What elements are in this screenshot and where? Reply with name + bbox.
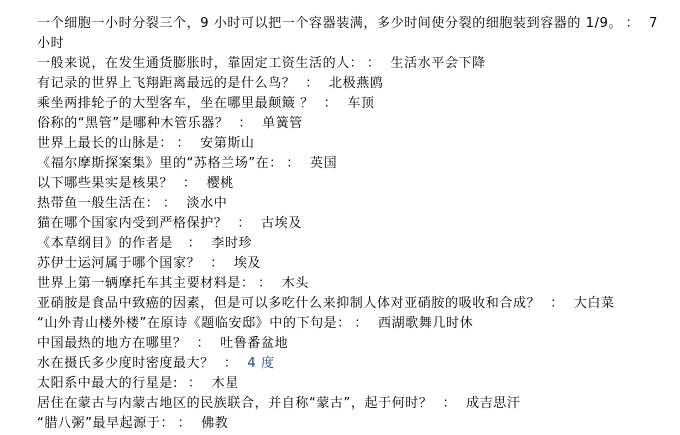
- answer-text: 生活水平会下降: [391, 56, 486, 71]
- separator: ：: [197, 336, 211, 351]
- question-text: 太阳系中最大的行星是:: [37, 376, 178, 391]
- quiz-line: “腊八粥”最早起源于：：佛教: [37, 414, 672, 434]
- separator: ：: [224, 356, 238, 371]
- question-text: 苏伊士运河属于哪个国家？: [37, 256, 200, 271]
- question-text: “腊八粥”最早起源于：: [37, 416, 168, 431]
- separator: ：: [163, 196, 177, 211]
- answer-text: 成吉思汗: [466, 396, 520, 411]
- answer-text: 西湖歌舞几时休: [378, 316, 473, 331]
- quiz-line: “山外青山楼外楼”在原诗《题临安邸》中的下句是：：西湖歌舞几时休: [37, 314, 672, 334]
- answer-text: 木星: [212, 376, 239, 391]
- separator: ：: [177, 136, 191, 151]
- question-text: 一个细胞一小时分裂三个，9 小时可以把一个容器装满，多少时间使分裂的细胞装到容器…: [37, 16, 616, 31]
- quiz-line: 世界上最长的山脉是：：安第斯山: [37, 134, 672, 154]
- quiz-line: 一般来说，在发生通货膨胀时，靠固定工资生活的人：：生活水平会下降: [37, 54, 672, 74]
- answer-text: 北极燕鸥: [329, 76, 383, 91]
- question-text: 热带鱼一般生活在：: [37, 196, 153, 211]
- answer-text: 古埃及: [261, 216, 302, 231]
- separator: ：: [238, 116, 252, 131]
- answer-text: 淡水中: [187, 196, 228, 211]
- question-text: 以下哪些果实是核果？: [37, 176, 173, 191]
- quiz-line: 世界上第一辆摩托车其主要材料是：：木头: [37, 274, 672, 294]
- separator: ：: [626, 16, 640, 31]
- quiz-line: 猫在哪个国家内受到严格保护？：古埃及: [37, 214, 672, 234]
- quiz-line: 水在摄氏多少度时密度最大？：4 度: [37, 354, 672, 374]
- separator: ：: [188, 236, 202, 251]
- question-text: 世界上最长的山脉是：: [37, 136, 167, 151]
- quiz-line: 苏伊士运河属于哪个国家？：埃及: [37, 254, 672, 274]
- answer-text: 安第斯山: [200, 136, 254, 151]
- answer-text: 李时珍: [211, 236, 252, 251]
- separator: ：: [305, 76, 319, 91]
- answer-text: 车顶: [347, 96, 374, 111]
- quiz-line: 亚硝胺是食品中致癌的因素，但是可以多吃什么来抑制人体对亚硝胺的吸收和合成？：大白…: [37, 294, 672, 314]
- question-text: 水在摄氏多少度时密度最大？: [37, 356, 214, 371]
- quiz-document: 一个细胞一小时分裂三个，9 小时可以把一个容器装满，多少时间使分裂的细胞装到容器…: [37, 14, 672, 434]
- separator: ：: [188, 376, 202, 391]
- answer-text: 埃及: [234, 256, 261, 271]
- separator: ：: [367, 56, 381, 71]
- separator: ：: [442, 396, 456, 411]
- separator: ：: [237, 216, 251, 231]
- quiz-line: 《本草纲目》的作者是 ：李时珍: [37, 234, 672, 254]
- question-text: 猫在哪个国家内受到严格保护？: [37, 216, 227, 231]
- quiz-line: 居住在蒙古与内蒙古地区的民族联合，并自称“蒙古”，起于何时？：成吉思汗: [37, 394, 672, 414]
- answer-text: 4 度: [247, 356, 274, 371]
- separator: ：: [286, 156, 300, 171]
- question-text: 乘坐两排轮子的大型客车，坐在哪里最颠簸 ？: [37, 96, 314, 111]
- separator: ：: [258, 276, 272, 291]
- question-text: 一般来说，在发生通货膨胀时，靠固定工资生活的人：: [37, 56, 357, 71]
- quiz-line: 以下哪些果实是核果？：樱桃: [37, 174, 672, 194]
- separator: ：: [354, 316, 368, 331]
- separator: ：: [210, 256, 224, 271]
- quiz-line: 中国最热的地方在哪里？：吐鲁番盆地: [37, 334, 672, 354]
- question-text: 《福尔摩斯探案集》里的“苏格兰场”在：: [37, 156, 276, 171]
- quiz-line: 乘坐两排轮子的大型客车，坐在哪里最颠簸 ？：车顶: [37, 94, 672, 114]
- quiz-line: 热带鱼一般生活在：：淡水中: [37, 194, 672, 214]
- quiz-line: 太阳系中最大的行星是:：木星: [37, 374, 672, 394]
- answer-text: 英国: [310, 156, 337, 171]
- question-text: “山外青山楼外楼”在原诗《题临安邸》中的下句是：: [37, 316, 344, 331]
- separator: ：: [550, 296, 564, 311]
- question-text: 《本草纲目》的作者是: [37, 236, 178, 251]
- answer-text: 佛教: [201, 416, 228, 431]
- answer-text: 木头: [282, 276, 309, 291]
- question-text: 亚硝胺是食品中致癌的因素，但是可以多吃什么来抑制人体对亚硝胺的吸收和合成？: [37, 296, 540, 311]
- quiz-line: 一个细胞一小时分裂三个，9 小时可以把一个容器装满，多少时间使分裂的细胞装到容器…: [37, 14, 667, 54]
- question-text: 有记录的世界上飞翔距离最远的是什么鸟？: [37, 76, 295, 91]
- quiz-line: 《福尔摩斯探案集》里的“苏格兰场”在：：英国: [37, 154, 672, 174]
- question-text: 俗称的“黑管”是哪种木管乐器？: [37, 116, 228, 131]
- question-text: 世界上第一辆摩托车其主要材料是：: [37, 276, 248, 291]
- separator: ：: [324, 96, 338, 111]
- answer-text: 大白菜: [574, 296, 615, 311]
- answer-text: 吐鲁番盆地: [220, 336, 288, 351]
- quiz-line: 俗称的“黑管”是哪种木管乐器？：单簧管: [37, 114, 672, 134]
- question-text: 中国最热的地方在哪里？: [37, 336, 187, 351]
- separator: ：: [183, 176, 197, 191]
- separator: ：: [178, 416, 192, 431]
- quiz-line: 有记录的世界上飞翔距离最远的是什么鸟？：北极燕鸥: [37, 74, 672, 94]
- answer-text: 单簧管: [262, 116, 303, 131]
- answer-text: 樱桃: [207, 176, 234, 191]
- question-text: 居住在蒙古与内蒙古地区的民族联合，并自称“蒙古”，起于何时？: [37, 396, 432, 411]
